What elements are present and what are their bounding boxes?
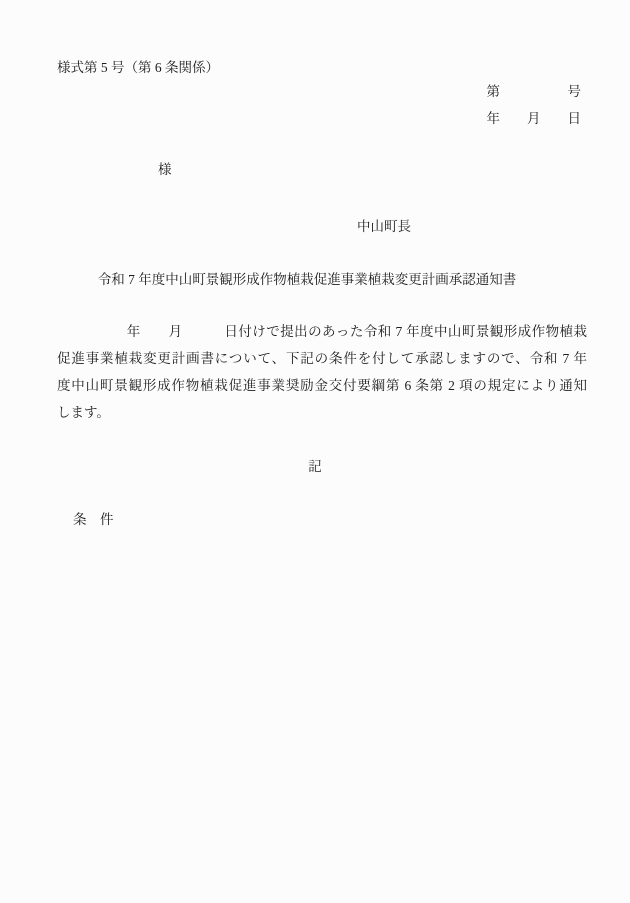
sender-title: 中山町長: [357, 213, 411, 240]
document-title: 令和 7 年度中山町景観形成作物植栽促進事業植栽変更計画承認通知書: [0, 266, 614, 293]
document-page: 様式第 5 号（第 6 条関係） 第 号 年 月 日 様 中山町長 令和 7 年…: [0, 0, 630, 903]
form-number: 様式第 5 号（第 6 条関係）: [57, 54, 219, 81]
date-placeholder: 年 月 日: [487, 105, 582, 132]
ki-marker: 記: [0, 453, 630, 480]
document-number-placeholder: 第 号: [487, 78, 582, 105]
conditions-label: 条 件: [73, 506, 114, 533]
body-line: 度中山町景観形成作物植栽促進事業奨励金交付要綱第 6 条第 2 項の規定により通…: [57, 372, 587, 399]
body-line: 年 月 日付けで提出のあった令和 7 年度中山町景観形成作物植栽: [57, 318, 587, 345]
addressee-honorific: 様: [158, 156, 172, 183]
body-line: します。: [57, 399, 587, 426]
body-line: 促進事業植栽変更計画書について、下記の条件を付して承認しますので、令和 7 年: [57, 345, 587, 372]
body-paragraph: 年 月 日付けで提出のあった令和 7 年度中山町景観形成作物植栽 促進事業植栽変…: [57, 318, 587, 426]
